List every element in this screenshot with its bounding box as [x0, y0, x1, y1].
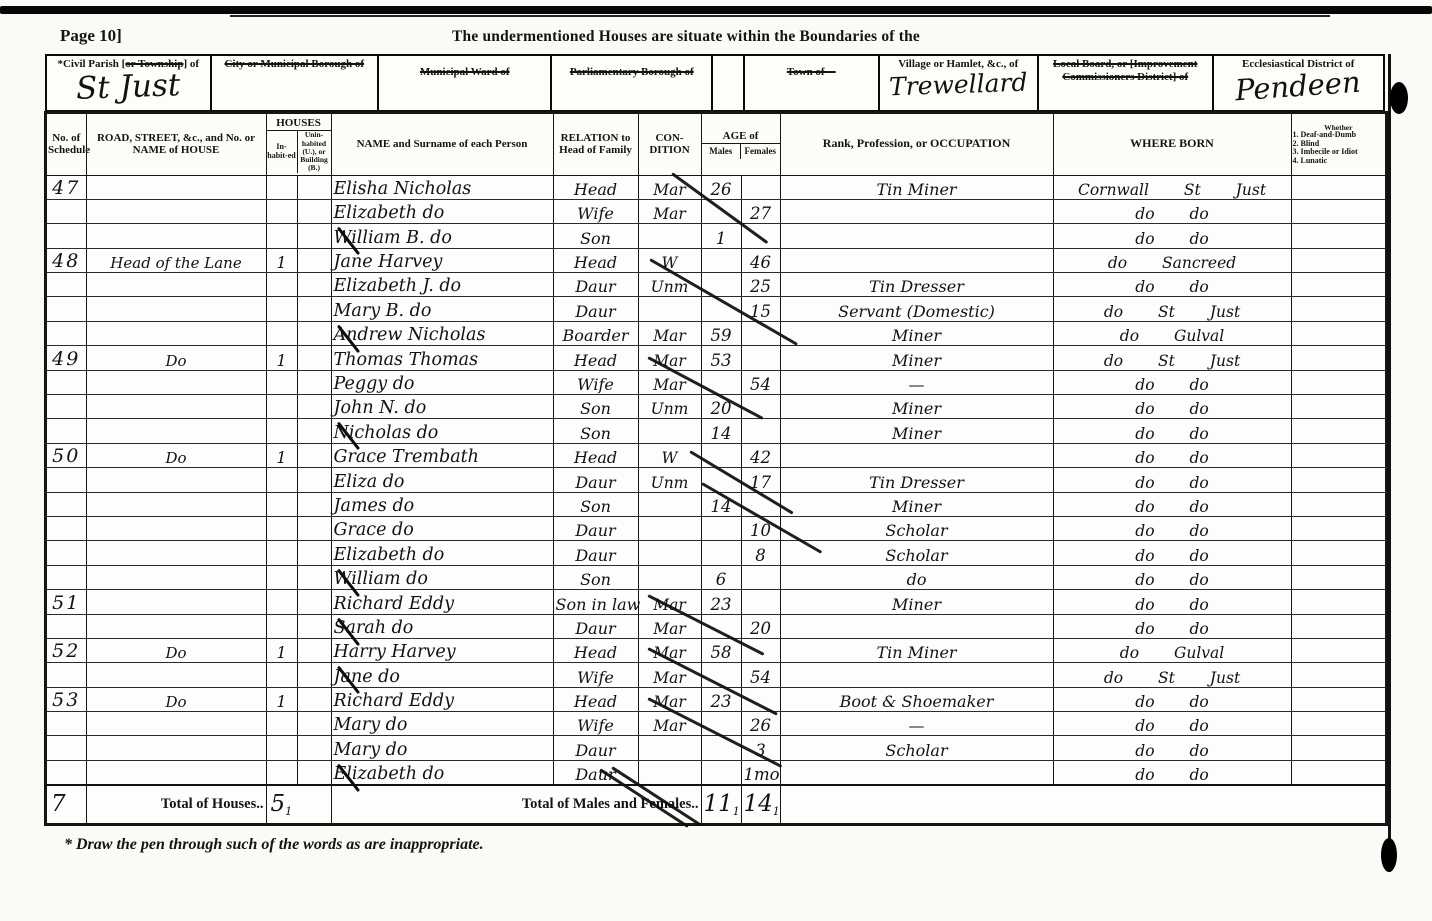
cell-born: do do: [1053, 419, 1291, 443]
cell-infirmity: [1291, 468, 1386, 492]
cell-age-male: [701, 712, 741, 736]
cell-condition: [638, 419, 701, 443]
cell-inhabited: [266, 712, 297, 736]
ink-blob: [1390, 82, 1408, 114]
cell-schedule: [46, 199, 86, 223]
cell-infirmity: [1291, 614, 1386, 638]
cell-age-male: [701, 760, 741, 784]
cell-born: do do: [1053, 712, 1291, 736]
cell-uninhabited: [297, 516, 331, 540]
cell-road: [86, 492, 266, 516]
cell-relation: Son: [553, 565, 638, 589]
cell-born: do do: [1053, 370, 1291, 394]
ecclesiastical-value: Pendeen: [1235, 68, 1362, 106]
cell-infirmity: [1291, 736, 1386, 760]
cell-condition: Unm: [638, 395, 701, 419]
table-row: Grace do Daur 10 Scholar do do: [46, 516, 1386, 540]
col-schedule: No. of Schedule: [46, 113, 86, 175]
cell-schedule: [46, 565, 86, 589]
cell-infirmity: [1291, 687, 1386, 711]
totals-schedule: 7: [46, 785, 86, 824]
cell-uninhabited: [297, 565, 331, 589]
cell-age-male: [701, 541, 741, 565]
cell-infirmity: [1291, 224, 1386, 248]
table-row: Eliza do Daur Unm 17 Tin Dresser do do: [46, 468, 1386, 492]
cell-age-male: 23: [701, 590, 741, 614]
cell-born: do do: [1053, 760, 1291, 784]
cell-born: do St Just: [1053, 663, 1291, 687]
cell-occupation: [780, 248, 1053, 272]
cell-occupation: Miner: [780, 492, 1053, 516]
cell-condition: [638, 492, 701, 516]
table-row: 52 Do 1 Harry Harvey Head Mar 58 Tin Min…: [46, 638, 1386, 662]
cell-born: do Sancreed: [1053, 248, 1291, 272]
cell-road: [86, 419, 266, 443]
cell-relation: Head: [553, 346, 638, 370]
cell-schedule: [46, 370, 86, 394]
cell-born: do do: [1053, 224, 1291, 248]
cell-relation: Wife: [553, 370, 638, 394]
cell-age-male: 59: [701, 321, 741, 345]
col-infirmity-4: 4. Lunatic: [1293, 157, 1385, 165]
cell-inhabited: [266, 468, 297, 492]
cell-name: Mary do: [331, 736, 553, 760]
cell-relation: Son in law: [553, 590, 638, 614]
cell-uninhabited: [297, 273, 331, 297]
municipal-ward-cell: Municipal Ward of: [379, 56, 552, 110]
cell-relation: Wife: [553, 712, 638, 736]
cell-occupation: Tin Dresser: [780, 468, 1053, 492]
cell-occupation: Servant (Domestic): [780, 297, 1053, 321]
cell-condition: [638, 297, 701, 321]
table-row: 53 Do 1 Richard Eddy Head Mar 23 Boot & …: [46, 687, 1386, 711]
cell-condition: W: [638, 443, 701, 467]
cell-occupation: Tin Miner: [780, 638, 1053, 662]
col-uninhabited: Unin-habited (U.), or Building (B.): [298, 131, 331, 172]
cell-inhabited: [266, 199, 297, 223]
cell-born: do do: [1053, 273, 1291, 297]
table-row: Elizabeth do Daur 8 Scholar do do: [46, 541, 1386, 565]
cell-uninhabited: [297, 443, 331, 467]
civil-parish-value: St Just: [76, 70, 181, 105]
cell-inhabited: [266, 565, 297, 589]
cell-age-male: 6: [701, 565, 741, 589]
cell-infirmity: [1291, 395, 1386, 419]
cell-schedule: 47: [46, 175, 86, 199]
cell-name: Elizabeth do: [331, 760, 553, 784]
table-row: 49 Do 1 Thomas Thomas Head Mar 53 Miner …: [46, 346, 1386, 370]
cell-age-male: 14: [701, 419, 741, 443]
cell-born: do do: [1053, 199, 1291, 223]
cell-uninhabited: [297, 248, 331, 272]
col-houses-title: HOUSES: [267, 116, 331, 132]
cell-inhabited: [266, 614, 297, 638]
cell-age-female: 20: [741, 614, 780, 638]
cell-age-male: 53: [701, 346, 741, 370]
cell-road: [86, 614, 266, 638]
cell-name: Peggy do: [331, 370, 553, 394]
cell-road: [86, 321, 266, 345]
cell-inhabited: 1: [266, 248, 297, 272]
cell-name: William do: [331, 565, 553, 589]
cell-schedule: [46, 224, 86, 248]
cell-inhabited: [266, 590, 297, 614]
totals-females: 141: [741, 785, 780, 824]
cell-inhabited: [266, 370, 297, 394]
table-row: James do Son 14 Miner do do: [46, 492, 1386, 516]
cell-infirmity: [1291, 638, 1386, 662]
table-row: William B. do Son 1 do do: [46, 224, 1386, 248]
scan-top-border-thin: [230, 15, 1330, 17]
cell-road: Head of the Lane: [86, 248, 266, 272]
cell-name: Sarah do: [331, 614, 553, 638]
cell-condition: Unm: [638, 468, 701, 492]
cell-infirmity: [1291, 760, 1386, 784]
cell-relation: Head: [553, 638, 638, 662]
cell-infirmity: [1291, 199, 1386, 223]
cell-schedule: [46, 516, 86, 540]
cell-road: Do: [86, 346, 266, 370]
cell-uninhabited: [297, 736, 331, 760]
cell-schedule: 51: [46, 590, 86, 614]
col-houses: HOUSES In-habit-ed Unin-habited (U.), or…: [266, 113, 331, 175]
totals-row: 7 Total of Houses.. 51 Total of Males an…: [46, 785, 1386, 824]
col-females: Females: [741, 144, 780, 159]
cell-uninhabited: [297, 590, 331, 614]
cell-inhabited: [266, 321, 297, 345]
cell-born: do do: [1053, 492, 1291, 516]
cell-inhabited: 1: [266, 687, 297, 711]
cell-occupation: do: [780, 565, 1053, 589]
cell-road: [86, 395, 266, 419]
table-row: 50 Do 1 Grace Trembath Head W 42 do do: [46, 443, 1386, 467]
cell-schedule: [46, 760, 86, 784]
cell-schedule: 52: [46, 638, 86, 662]
cell-relation: Daur: [553, 541, 638, 565]
cell-born: Cornwall St Just: [1053, 175, 1291, 199]
cell-occupation: Miner: [780, 419, 1053, 443]
cell-name: Elizabeth do: [331, 541, 553, 565]
cell-age-female: 27: [741, 199, 780, 223]
cell-name: Grace do: [331, 516, 553, 540]
table-row: Mary B. do Daur 15 Servant (Domestic) do…: [46, 297, 1386, 321]
cell-age-female: 46: [741, 248, 780, 272]
cell-schedule: 53: [46, 687, 86, 711]
village-value: Trewellard: [889, 70, 1028, 100]
cell-uninhabited: [297, 175, 331, 199]
cell-uninhabited: [297, 346, 331, 370]
cell-occupation: Boot & Shoemaker: [780, 687, 1053, 711]
cell-age-male: [701, 516, 741, 540]
cell-road: Do: [86, 443, 266, 467]
table-row: Andrew Nicholas Boarder Mar 59 Miner do …: [46, 321, 1386, 345]
cell-road: Do: [86, 638, 266, 662]
cell-born: do do: [1053, 687, 1291, 711]
cell-born: do do: [1053, 516, 1291, 540]
cell-condition: [638, 516, 701, 540]
totals-empty: [780, 785, 1386, 824]
cell-name: Jane do: [331, 663, 553, 687]
cell-relation: Daur: [553, 760, 638, 784]
cell-age-female: [741, 346, 780, 370]
table-row: Nicholas do Son 14 Miner do do: [46, 419, 1386, 443]
cell-born: do do: [1053, 565, 1291, 589]
cell-occupation: Miner: [780, 590, 1053, 614]
cell-condition: Mar: [638, 199, 701, 223]
cell-road: [86, 224, 266, 248]
col-males: Males: [702, 144, 742, 159]
cell-inhabited: [266, 541, 297, 565]
town-cell: Town of—: [745, 56, 880, 110]
cell-relation: Boarder: [553, 321, 638, 345]
cell-uninhabited: [297, 541, 331, 565]
cell-age-male: 58: [701, 638, 741, 662]
cell-age-female: [741, 565, 780, 589]
cell-occupation: —: [780, 370, 1053, 394]
cell-occupation: [780, 614, 1053, 638]
municipal-ward-label: Municipal Ward of: [420, 64, 510, 79]
cell-schedule: [46, 492, 86, 516]
cell-name: Jane Harvey: [331, 248, 553, 272]
cell-name: Richard Eddy: [331, 687, 553, 711]
cell-inhabited: [266, 516, 297, 540]
cell-occupation: [780, 760, 1053, 784]
cell-name: Elizabeth J. do: [331, 273, 553, 297]
cell-relation: Son: [553, 395, 638, 419]
cell-road: [86, 565, 266, 589]
cell-infirmity: [1291, 321, 1386, 345]
cell-age-male: [701, 736, 741, 760]
cell-uninhabited: [297, 395, 331, 419]
col-age-title: AGE of: [702, 130, 780, 143]
cell-schedule: [46, 712, 86, 736]
col-road: ROAD, STREET, &c., and No. or NAME of HO…: [86, 113, 266, 175]
cell-relation: Daur: [553, 468, 638, 492]
cell-relation: Son: [553, 224, 638, 248]
cell-infirmity: [1291, 346, 1386, 370]
cell-inhabited: [266, 297, 297, 321]
cell-uninhabited: [297, 199, 331, 223]
scan-top-border: [0, 6, 1432, 14]
cell-age-female: [741, 175, 780, 199]
table-row: Peggy do Wife Mar 54 — do do: [46, 370, 1386, 394]
cell-uninhabited: [297, 712, 331, 736]
cell-relation: Daur: [553, 736, 638, 760]
footnote: * Draw the pen through such of the words…: [64, 836, 484, 854]
cell-road: [86, 273, 266, 297]
city-borough-cell: City or Municipal Borough of: [212, 56, 380, 110]
cell-schedule: 49: [46, 346, 86, 370]
cell-name: Thomas Thomas: [331, 346, 553, 370]
cell-born: do St Just: [1053, 346, 1291, 370]
cell-relation: Head: [553, 443, 638, 467]
table-row: Mary do Daur 3 Scholar do do: [46, 736, 1386, 760]
cell-uninhabited: [297, 614, 331, 638]
table-row: William do Son 6 do do do: [46, 565, 1386, 589]
cell-infirmity: [1291, 297, 1386, 321]
cell-infirmity: [1291, 370, 1386, 394]
totals-houses-value: 51: [266, 785, 331, 824]
cell-occupation: [780, 224, 1053, 248]
cell-inhabited: [266, 663, 297, 687]
table-row: 47 Elisha Nicholas Head Mar 26 Tin Miner…: [46, 175, 1386, 199]
cell-inhabited: [266, 224, 297, 248]
town-label: Town of—: [787, 64, 836, 79]
cell-road: [86, 736, 266, 760]
cell-relation: Son: [553, 419, 638, 443]
ecclesiastical-cell: Ecclesiastical District of Pendeen: [1214, 56, 1383, 110]
cell-schedule: 48: [46, 248, 86, 272]
cell-age-male: 26: [701, 175, 741, 199]
cell-name: William B. do: [331, 224, 553, 248]
cell-born: do St Just: [1053, 297, 1291, 321]
col-occupation: Rank, Profession, or OCCUPATION: [780, 113, 1053, 175]
page-edge-rule: [1388, 54, 1391, 872]
table-row: Elizabeth J. do Daur Unm 25 Tin Dresser …: [46, 273, 1386, 297]
cell-born: do do: [1053, 468, 1291, 492]
civil-parish-cell: *Civil Parish [or Township] of St Just: [47, 56, 212, 110]
cell-name: Elisha Nicholas: [331, 175, 553, 199]
col-infirmity: Whether 1. Deaf-and-Dumb 2. Blind 3. Imb…: [1291, 113, 1386, 175]
cell-name: Elizabeth do: [331, 199, 553, 223]
cell-condition: [638, 565, 701, 589]
cell-age-female: 54: [741, 370, 780, 394]
cell-name: Nicholas do: [331, 419, 553, 443]
local-board-label: Local Board, or [Improvement Commissione…: [1043, 56, 1208, 84]
cell-condition: [638, 760, 701, 784]
cell-age-female: [741, 590, 780, 614]
cell-road: [86, 590, 266, 614]
cell-road: [86, 370, 266, 394]
col-name: NAME and Surname of each Person: [331, 113, 553, 175]
cell-condition: [638, 541, 701, 565]
cell-condition: Mar: [638, 590, 701, 614]
cell-schedule: [46, 395, 86, 419]
cell-inhabited: [266, 395, 297, 419]
cell-relation: Wife: [553, 199, 638, 223]
cell-inhabited: [266, 273, 297, 297]
cell-age-female: 25: [741, 273, 780, 297]
cell-road: [86, 663, 266, 687]
cell-road: [86, 175, 266, 199]
col-relation: RELATION to Head of Family: [553, 113, 638, 175]
cell-road: [86, 712, 266, 736]
cell-road: [86, 541, 266, 565]
cell-road: [86, 297, 266, 321]
cell-name: Eliza do: [331, 468, 553, 492]
cell-uninhabited: [297, 224, 331, 248]
cell-condition: Mar: [638, 663, 701, 687]
cell-infirmity: [1291, 712, 1386, 736]
totals-houses-label: Total of Houses..: [86, 785, 266, 824]
cell-name: Richard Eddy: [331, 590, 553, 614]
cell-age-female: [741, 419, 780, 443]
cell-uninhabited: [297, 419, 331, 443]
cell-road: [86, 760, 266, 784]
cell-infirmity: [1291, 175, 1386, 199]
cell-born: do do: [1053, 395, 1291, 419]
cell-relation: Daur: [553, 297, 638, 321]
cell-born: do do: [1053, 443, 1291, 467]
cell-occupation: —: [780, 712, 1053, 736]
cell-schedule: [46, 297, 86, 321]
cell-road: [86, 199, 266, 223]
cell-occupation: [780, 199, 1053, 223]
table-row: 51 Richard Eddy Son in law Mar 23 Miner …: [46, 590, 1386, 614]
cell-infirmity: [1291, 443, 1386, 467]
cell-born: do Gulval: [1053, 638, 1291, 662]
cell-uninhabited: [297, 687, 331, 711]
cell-schedule: [46, 663, 86, 687]
cell-occupation: [780, 443, 1053, 467]
cell-uninhabited: [297, 760, 331, 784]
col-age: AGE of Males Females: [701, 113, 780, 175]
ink-blob: [1381, 838, 1397, 872]
cell-relation: Head: [553, 248, 638, 272]
cell-infirmity: [1291, 590, 1386, 614]
cell-uninhabited: [297, 370, 331, 394]
totals-males: 111: [701, 785, 741, 824]
page-title: The undermentioned Houses are situate wi…: [0, 28, 1372, 46]
cell-age-female: 17: [741, 468, 780, 492]
cell-road: Do: [86, 687, 266, 711]
cell-uninhabited: [297, 492, 331, 516]
cell-age-female: 10: [741, 516, 780, 540]
cell-relation: Wife: [553, 663, 638, 687]
cell-inhabited: [266, 175, 297, 199]
cell-schedule: 50: [46, 443, 86, 467]
cell-infirmity: [1291, 419, 1386, 443]
cell-age-female: 54: [741, 663, 780, 687]
table-row: 48 Head of the Lane 1 Jane Harvey Head W…: [46, 248, 1386, 272]
cell-inhabited: [266, 419, 297, 443]
cell-name: James do: [331, 492, 553, 516]
cell-condition: [638, 736, 701, 760]
cell-occupation: Tin Dresser: [780, 273, 1053, 297]
cell-occupation: Miner: [780, 395, 1053, 419]
cell-name: Andrew Nicholas: [331, 321, 553, 345]
cell-relation: Head: [553, 175, 638, 199]
cell-occupation: Miner: [780, 346, 1053, 370]
cell-uninhabited: [297, 663, 331, 687]
parliamentary-borough-cell: Parliamentary Borough of: [552, 56, 713, 110]
cell-infirmity: [1291, 663, 1386, 687]
cell-age-male: [701, 248, 741, 272]
cell-schedule: [46, 419, 86, 443]
cell-infirmity: [1291, 492, 1386, 516]
table-row: Elizabeth do Daur 1mo do do: [46, 760, 1386, 784]
cell-condition: Mar: [638, 712, 701, 736]
cell-schedule: [46, 321, 86, 345]
district-header: *Civil Parish [or Township] of St Just C…: [45, 54, 1385, 112]
cell-road: [86, 468, 266, 492]
cell-relation: Daur: [553, 516, 638, 540]
cell-inhabited: 1: [266, 638, 297, 662]
cell-age-male: 1: [701, 224, 741, 248]
table-row: John N. do Son Unm 20 Miner do do: [46, 395, 1386, 419]
cell-infirmity: [1291, 565, 1386, 589]
col-inhabited: In-habit-ed: [267, 131, 298, 172]
column-header-row: No. of Schedule ROAD, STREET, &c., and N…: [46, 113, 1386, 175]
cell-age-female: 42: [741, 443, 780, 467]
cell-name: John N. do: [331, 395, 553, 419]
cell-born: do Gulval: [1053, 321, 1291, 345]
col-born: WHERE BORN: [1053, 113, 1291, 175]
cell-born: do do: [1053, 541, 1291, 565]
cell-name: Grace Trembath: [331, 443, 553, 467]
cell-inhabited: [266, 492, 297, 516]
table-row: Sarah do Daur Mar 20 do do: [46, 614, 1386, 638]
